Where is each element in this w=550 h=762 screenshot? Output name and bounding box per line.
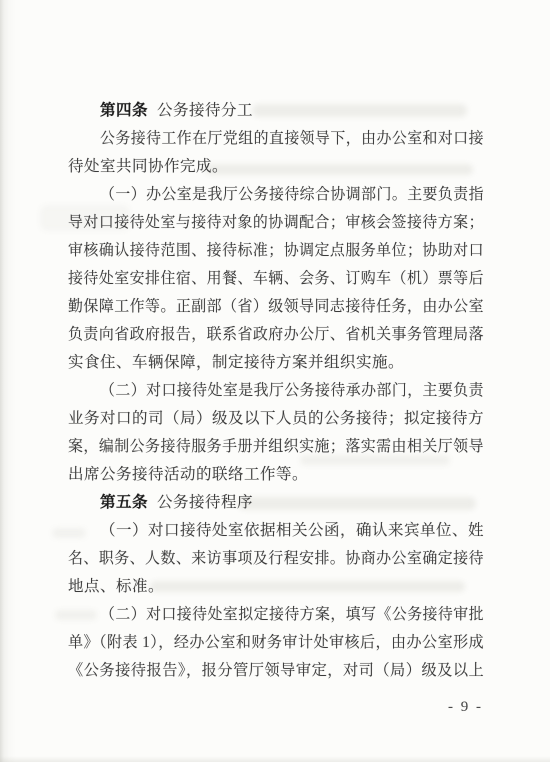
line-text: 接待处室安排住宿、用餐、车辆、会务、订购车（机）票等后 [68, 265, 484, 293]
line-text: 审核确认接待范围、接待标准；协调定点服务单位；协助对口 [68, 237, 484, 265]
text-line: 导对口接待处室与接待对象的协调配合；审核会签接待方案； [68, 209, 484, 237]
text-line: 业务对口的司（局）级及以下人员的公务接待；拟定接待方 [68, 405, 484, 433]
line-text: 业务对口的司（局）级及以下人员的公务接待；拟定接待方 [68, 405, 484, 433]
text-line: （一）办公室是我厅公务接待综合协调部门。主要负责指 [68, 181, 484, 209]
article-number: 第五条 [100, 489, 148, 517]
line-text: （二）对口接待处室拟定接待方案，填写《公务接待审批 [100, 601, 484, 629]
text-line: 审核确认接待范围、接待标准；协调定点服务单位；协助对口 [68, 237, 484, 265]
line-text: 案，编制公务接待服务手册并组织实施；落实需由相关厅领导 [68, 433, 484, 461]
line-text: 待处室共同协作完成。 [68, 153, 228, 181]
document-body: 第四条公务接待分工公务接待工作在厅党组的直接领导下，由办公室和对口接待处室共同协… [68, 97, 484, 685]
scanned-document-page: 第四条公务接待分工公务接待工作在厅党组的直接领导下，由办公室和对口接待处室共同协… [0, 0, 550, 762]
line-text: 名、职务、人数、来访事项及行程安排。协商办公室确定接待 [68, 545, 484, 573]
scan-left-edge-shadow [0, 0, 16, 762]
line-text: 出席公务接待活动的联络工作等。 [68, 461, 308, 489]
text-line: （二）对口接待处室是我厅公务接待承办部门，主要负责 [68, 377, 484, 405]
line-text: 《公务接待报告》，报分管厅领导审定，对司（局）级及以上 [68, 657, 484, 685]
text-line: 第四条公务接待分工 [68, 97, 484, 125]
text-line: （一）对口接待处室依据相关公函，确认来宾单位、姓 [68, 517, 484, 545]
line-text: 公务接待分工 [157, 97, 253, 125]
text-line: 接待处室安排住宿、用餐、车辆、会务、订购车（机）票等后 [68, 265, 484, 293]
text-line: （二）对口接待处室拟定接待方案，填写《公务接待审批 [68, 601, 484, 629]
text-line: 单》（附表 1），经办公室和财务审计处审核后，由办公室形成 [68, 629, 484, 657]
text-line: 负责向省政府报告，联系省政府办公厅、省机关事务管理局落 [68, 321, 484, 349]
line-text: （一）对口接待处室依据相关公函，确认来宾单位、姓 [100, 517, 484, 545]
text-line: 公务接待工作在厅党组的直接领导下，由办公室和对口接 [68, 125, 484, 153]
text-line: 实食住、车辆保障，制定接待方案并组织实施。 [68, 349, 484, 377]
text-line: 勤保障工作等。正副部（省）级领导同志接待任务，由办公室 [68, 293, 484, 321]
text-line: 第五条公务接待程序 [68, 489, 484, 517]
line-text: （一）办公室是我厅公务接待综合协调部门。主要负责指 [100, 181, 484, 209]
line-text: （二）对口接待处室是我厅公务接待承办部门，主要负责 [100, 377, 484, 405]
line-text: 地点、标准。 [68, 573, 164, 601]
scan-bottom-edge-shadow [0, 756, 550, 762]
text-line: 地点、标准。 [68, 573, 484, 601]
line-text: 公务接待工作在厅党组的直接领导下，由办公室和对口接 [100, 125, 484, 153]
line-text: 单》（附表 1），经办公室和财务审计处审核后，由办公室形成 [68, 629, 484, 657]
line-text: 勤保障工作等。正副部（省）级领导同志接待任务，由办公室 [68, 293, 484, 321]
page-number: - 9 - [448, 698, 483, 716]
line-text: 公务接待程序 [157, 489, 253, 517]
line-text: 负责向省政府报告，联系省政府办公厅、省机关事务管理局落 [68, 321, 484, 349]
text-line: 《公务接待报告》，报分管厅领导审定，对司（局）级及以上 [68, 657, 484, 685]
text-line: 案，编制公务接待服务手册并组织实施；落实需由相关厅领导 [68, 433, 484, 461]
article-number: 第四条 [100, 97, 148, 125]
text-line: 待处室共同协作完成。 [68, 153, 484, 181]
line-text: 导对口接待处室与接待对象的协调配合；审核会签接待方案； [68, 209, 484, 237]
text-line: 名、职务、人数、来访事项及行程安排。协商办公室确定接待 [68, 545, 484, 573]
line-text: 实食住、车辆保障，制定接待方案并组织实施。 [68, 349, 404, 377]
text-line: 出席公务接待活动的联络工作等。 [68, 461, 484, 489]
